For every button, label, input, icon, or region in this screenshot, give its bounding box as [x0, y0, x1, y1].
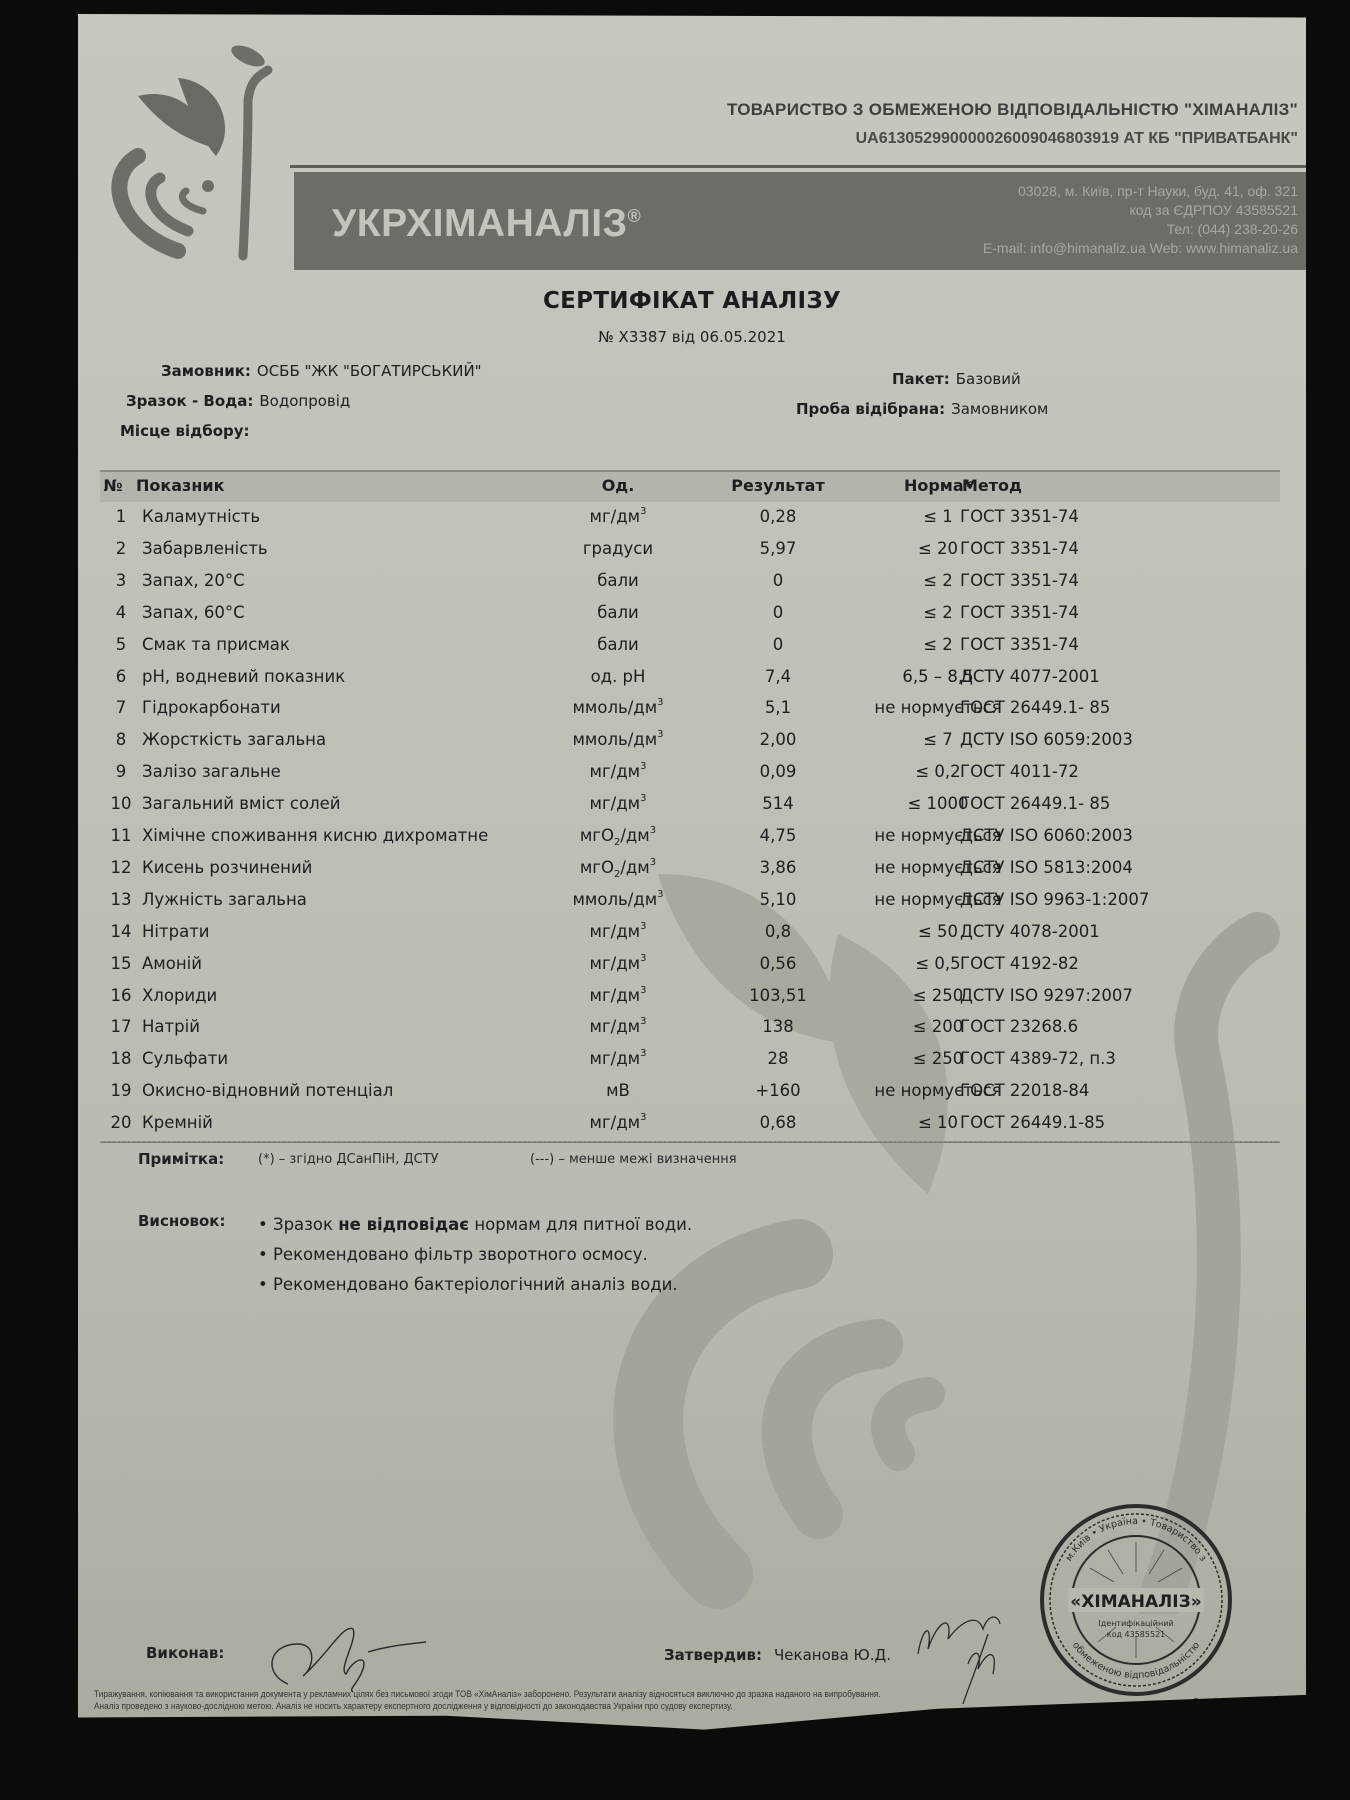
method: ГОСТ 3351-74 [960, 571, 1079, 590]
row-number: 18 [100, 1049, 142, 1068]
row-number: 9 [100, 762, 142, 781]
table-row: 9Залізо загальнемг/дм30,09≤ 0,2ГОСТ 4011… [78, 758, 1306, 789]
indicator-name: Нітрати [142, 922, 210, 941]
indicator-name: Кремній [142, 1113, 213, 1132]
sample-taken-by-field: Проба відібрана:Замовником [796, 400, 1048, 418]
result-value: +160 [698, 1081, 858, 1100]
result-value: 5,1 [698, 698, 858, 717]
row-number: 4 [100, 603, 142, 622]
company-full-name: ТОВАРИСТВО З ОБМЕЖЕНОЮ ВІДПОВІДАЛЬНІСТЮ … [618, 100, 1298, 120]
result-value: 5,97 [698, 539, 858, 558]
approver-name: Чеканова Ю.Д. [774, 1646, 891, 1664]
result-value: 138 [698, 1017, 858, 1036]
conclusion-item: Рекомендовано фільтр зворотного осмосу. [258, 1240, 692, 1270]
conclusion-list: Зразок не відповідає нормам для питної в… [258, 1210, 692, 1300]
certificate-page: ТОВАРИСТВО З ОБМЕЖЕНОЮ ВІДПОВІДАЛЬНІСТЮ … [78, 14, 1306, 1754]
unit: мг/дм3 [518, 794, 718, 813]
note-dashes: (---) – менше межі визначення [530, 1152, 737, 1167]
header-divider [290, 165, 1310, 168]
company-contacts: 03028, м. Київ, пр-т Науки, буд. 41, оф.… [983, 182, 1298, 258]
unit: мг/дм3 [518, 954, 718, 973]
unit: мВ [518, 1081, 718, 1100]
unit: мг/дм3 [518, 1049, 718, 1068]
brand-name: УКРХІМАНАЛІЗ® [332, 202, 641, 246]
unit: мгО2/дм3 [518, 858, 718, 877]
row-number: 15 [100, 954, 142, 973]
unit: градуси [518, 539, 718, 558]
table-row: 8Жорсткість загальнаммоль/дм32,00≤ 7ДСТУ… [78, 726, 1306, 757]
note-asterisk: (*) – згідно ДСанПіН, ДСТУ [258, 1152, 439, 1167]
table-row: 5Смак та присмакбали0≤ 2ГОСТ 3351-74 [78, 631, 1306, 662]
indicator-name: Запах, 20°С [142, 571, 245, 590]
table-row: 15Амоніймг/дм30,56≤ 0,5ГОСТ 4192-82 [78, 950, 1306, 981]
row-number: 19 [100, 1081, 142, 1100]
table-row: 12Кисень розчинениймгО2/дм33,86не нормує… [78, 854, 1306, 885]
col-result: Результат [698, 476, 858, 495]
unit: мг/дм3 [518, 1113, 718, 1132]
row-number: 12 [100, 858, 142, 877]
result-value: 0,8 [698, 922, 858, 941]
method: ГОСТ 26449.1- 85 [960, 794, 1110, 813]
unit: мг/дм3 [518, 507, 718, 526]
table-row: 16Хлоридимг/дм3103,51≤ 250ДСТУ ISO 9297:… [78, 982, 1306, 1013]
indicator-name: Кисень розчинений [142, 858, 312, 877]
method: ДСТУ ISO 5813:2004 [960, 858, 1133, 877]
result-value: 2,00 [698, 730, 858, 749]
method: ГОСТ 4389-72, п.3 [960, 1049, 1116, 1068]
result-value: 0,68 [698, 1113, 858, 1132]
table-row: 6pH, водневий показникод. pH7,46,5 – 8,5… [78, 663, 1306, 694]
page-number: Сторінка 1/1 [1192, 1697, 1249, 1708]
result-value: 7,4 [698, 667, 858, 686]
unit: мг/дм3 [518, 986, 718, 1005]
indicator-name: Хлориди [142, 986, 217, 1005]
row-number: 13 [100, 890, 142, 909]
row-number: 20 [100, 1113, 142, 1132]
result-value: 103,51 [698, 986, 858, 1005]
table-row: 2Забарвленістьградуси5,97≤ 20ГОСТ 3351-7… [78, 535, 1306, 566]
row-number: 16 [100, 986, 142, 1005]
table-row: 11Хімічне споживання кисню дихроматнемгО… [78, 822, 1306, 853]
unit: мгО2/дм3 [518, 826, 718, 845]
result-value: 0,28 [698, 507, 858, 526]
indicator-name: Амоній [142, 954, 202, 973]
row-number: 5 [100, 635, 142, 654]
legal-disclaimer: Тиражування, копіювання та використання … [94, 1688, 959, 1712]
method: ГОСТ 23268.6 [960, 1017, 1078, 1036]
unit: бали [518, 603, 718, 622]
table-header-row: № Показник Од. Результат Норма* Метод [78, 472, 1306, 503]
company-logo-icon [98, 26, 298, 266]
col-method: Метод [962, 476, 1022, 495]
method: ГОСТ 3351-74 [960, 507, 1079, 526]
email-web: E-mail: info@himanaliz.ua Web: www.himan… [983, 239, 1298, 258]
document-title: СЕРТИФІКАТ АНАЛІЗУ [78, 288, 1306, 314]
svg-text:код 43585521: код 43585521 [1107, 1630, 1166, 1639]
indicator-name: Окисно-відновний потенціал [142, 1081, 393, 1100]
unit: мг/дм3 [518, 1017, 718, 1036]
row-number: 8 [100, 730, 142, 749]
conclusion-label: Висновок: [138, 1212, 225, 1230]
method: ГОСТ 26449.1- 85 [960, 698, 1110, 717]
table-row: 3Запах, 20°Сбали0≤ 2ГОСТ 3351-74 [78, 567, 1306, 598]
table-row: 14Нітратимг/дм30,8≤ 50ДСТУ 4078-2001 [78, 918, 1306, 949]
table-bottom-border [100, 1141, 1280, 1143]
performer-signature-icon [258, 1614, 428, 1694]
row-number: 17 [100, 1017, 142, 1036]
method: ДСТУ ISO 9297:2007 [960, 986, 1133, 1005]
address: 03028, м. Київ, пр-т Науки, буд. 41, оф.… [983, 182, 1298, 201]
method: ДСТУ ISO 9963-1:2007 [960, 890, 1149, 909]
result-value: 514 [698, 794, 858, 813]
table-row: 18Сульфатимг/дм328≤ 250ГОСТ 4389-72, п.3 [78, 1045, 1306, 1076]
method: ДСТУ 4077-2001 [960, 667, 1100, 686]
indicator-name: Гідрокарбонати [142, 698, 281, 717]
indicator-name: Натрій [142, 1017, 200, 1036]
method: ГОСТ 3351-74 [960, 635, 1079, 654]
svg-text:«ХІМАНАЛІЗ»: «ХІМАНАЛІЗ» [1070, 1592, 1201, 1612]
indicator-name: Хімічне споживання кисню дихроматне [142, 826, 488, 845]
row-number: 10 [100, 794, 142, 813]
col-unit: Од. [518, 476, 718, 495]
indicator-name: Загальний вміст солей [142, 794, 341, 813]
method: ГОСТ 4011-72 [960, 762, 1079, 781]
indicator-name: pH, водневий показник [142, 667, 345, 686]
table-row: 20Кремніймг/дм30,68≤ 10ГОСТ 26449.1-85 [78, 1109, 1306, 1140]
table-row: 10Загальний вміст солеймг/дм3514≤ 1000ГО… [78, 790, 1306, 821]
table-row: 4Запах, 60°Сбали0≤ 2ГОСТ 3351-74 [78, 599, 1306, 630]
table-row: 7Гідрокарбонатиммоль/дм35,1не нормується… [78, 694, 1306, 725]
indicator-name: Забарвленість [142, 539, 268, 558]
result-value: 4,75 [698, 826, 858, 845]
indicator-name: Смак та присмак [142, 635, 290, 654]
method: ДСТУ 4078-2001 [960, 922, 1100, 941]
notes-label: Примітка: [138, 1150, 224, 1168]
performer-label: Виконав: [146, 1644, 224, 1662]
approver-label: Затвердив: [664, 1646, 762, 1664]
company-stamp-icon: м.Київ • Україна • Товариство з обмежено… [1038, 1502, 1234, 1698]
table-row: 1Каламутністьмг/дм30,28≤ 1ГОСТ 3351-74 [78, 503, 1306, 534]
result-value: 28 [698, 1049, 858, 1068]
table-row: 19Окисно-відновний потенціалмВ+160не нор… [78, 1077, 1306, 1108]
result-value: 0,09 [698, 762, 858, 781]
row-number: 11 [100, 826, 142, 845]
method: ДСТУ ISO 6059:2003 [960, 730, 1133, 749]
unit: мг/дм3 [518, 762, 718, 781]
indicator-name: Сульфати [142, 1049, 228, 1068]
unit: ммоль/дм3 [518, 890, 718, 909]
svg-text:Ідентифікаційний: Ідентифікаційний [1098, 1619, 1173, 1628]
row-number: 1 [100, 507, 142, 526]
indicator-name: Запах, 60°С [142, 603, 245, 622]
unit: ммоль/дм3 [518, 730, 718, 749]
method: ГОСТ 26449.1-85 [960, 1113, 1105, 1132]
col-indicator: Показник [136, 476, 224, 495]
indicator-name: Лужність загальна [142, 890, 307, 909]
result-value: 3,86 [698, 858, 858, 877]
sampling-place-field: Місце відбору: [120, 422, 256, 440]
indicator-name: Жорсткість загальна [142, 730, 326, 749]
result-value: 0 [698, 635, 858, 654]
indicator-name: Каламутність [142, 507, 260, 526]
brand-bar: УКРХІМАНАЛІЗ® 03028, м. Київ, пр-т Науки… [294, 172, 1310, 270]
method: ДСТУ ISO 6060:2003 [960, 826, 1133, 845]
bank-account: UA613052990000026009046803919 АТ КБ "ПРИ… [618, 130, 1298, 148]
document-number: № Х3387 від 06.05.2021 [78, 328, 1306, 346]
result-value: 5,10 [698, 890, 858, 909]
unit: од. pH [518, 667, 718, 686]
row-number: 2 [100, 539, 142, 558]
col-number: № [92, 476, 134, 495]
table-row: 17Натріймг/дм3138≤ 200ГОСТ 23268.6 [78, 1013, 1306, 1044]
unit: мг/дм3 [518, 922, 718, 941]
row-number: 14 [100, 922, 142, 941]
edrpou-code: код за ЄДРПОУ 43585521 [983, 201, 1298, 220]
indicator-name: Залізо загальне [142, 762, 281, 781]
conclusion-item: Зразок не відповідає нормам для питної в… [258, 1210, 692, 1240]
result-value: 0,56 [698, 954, 858, 973]
method: ГОСТ 4192-82 [960, 954, 1079, 973]
conclusion-item: Рекомендовано бактеріологічний аналіз во… [258, 1270, 692, 1300]
sample-field: Зразок - Вода:Водопровід [126, 392, 350, 410]
method: ГОСТ 22018-84 [960, 1081, 1089, 1100]
unit: ммоль/дм3 [518, 698, 718, 717]
unit: бали [518, 571, 718, 590]
phone: Тел: (044) 238-20-26 [983, 220, 1298, 239]
package-field: Пакет:Базовий [892, 370, 1021, 388]
method: ГОСТ 3351-74 [960, 539, 1079, 558]
row-number: 7 [100, 698, 142, 717]
table-row: 13Лужність загальнаммоль/дм35,10не норму… [78, 886, 1306, 917]
customer-field: Замовник:ОСББ "ЖК "БОГАТИРСЬКИЙ" [161, 362, 482, 380]
result-value: 0 [698, 603, 858, 622]
method: ГОСТ 3351-74 [960, 603, 1079, 622]
row-number: 6 [100, 667, 142, 686]
unit: бали [518, 635, 718, 654]
row-number: 3 [100, 571, 142, 590]
result-value: 0 [698, 571, 858, 590]
